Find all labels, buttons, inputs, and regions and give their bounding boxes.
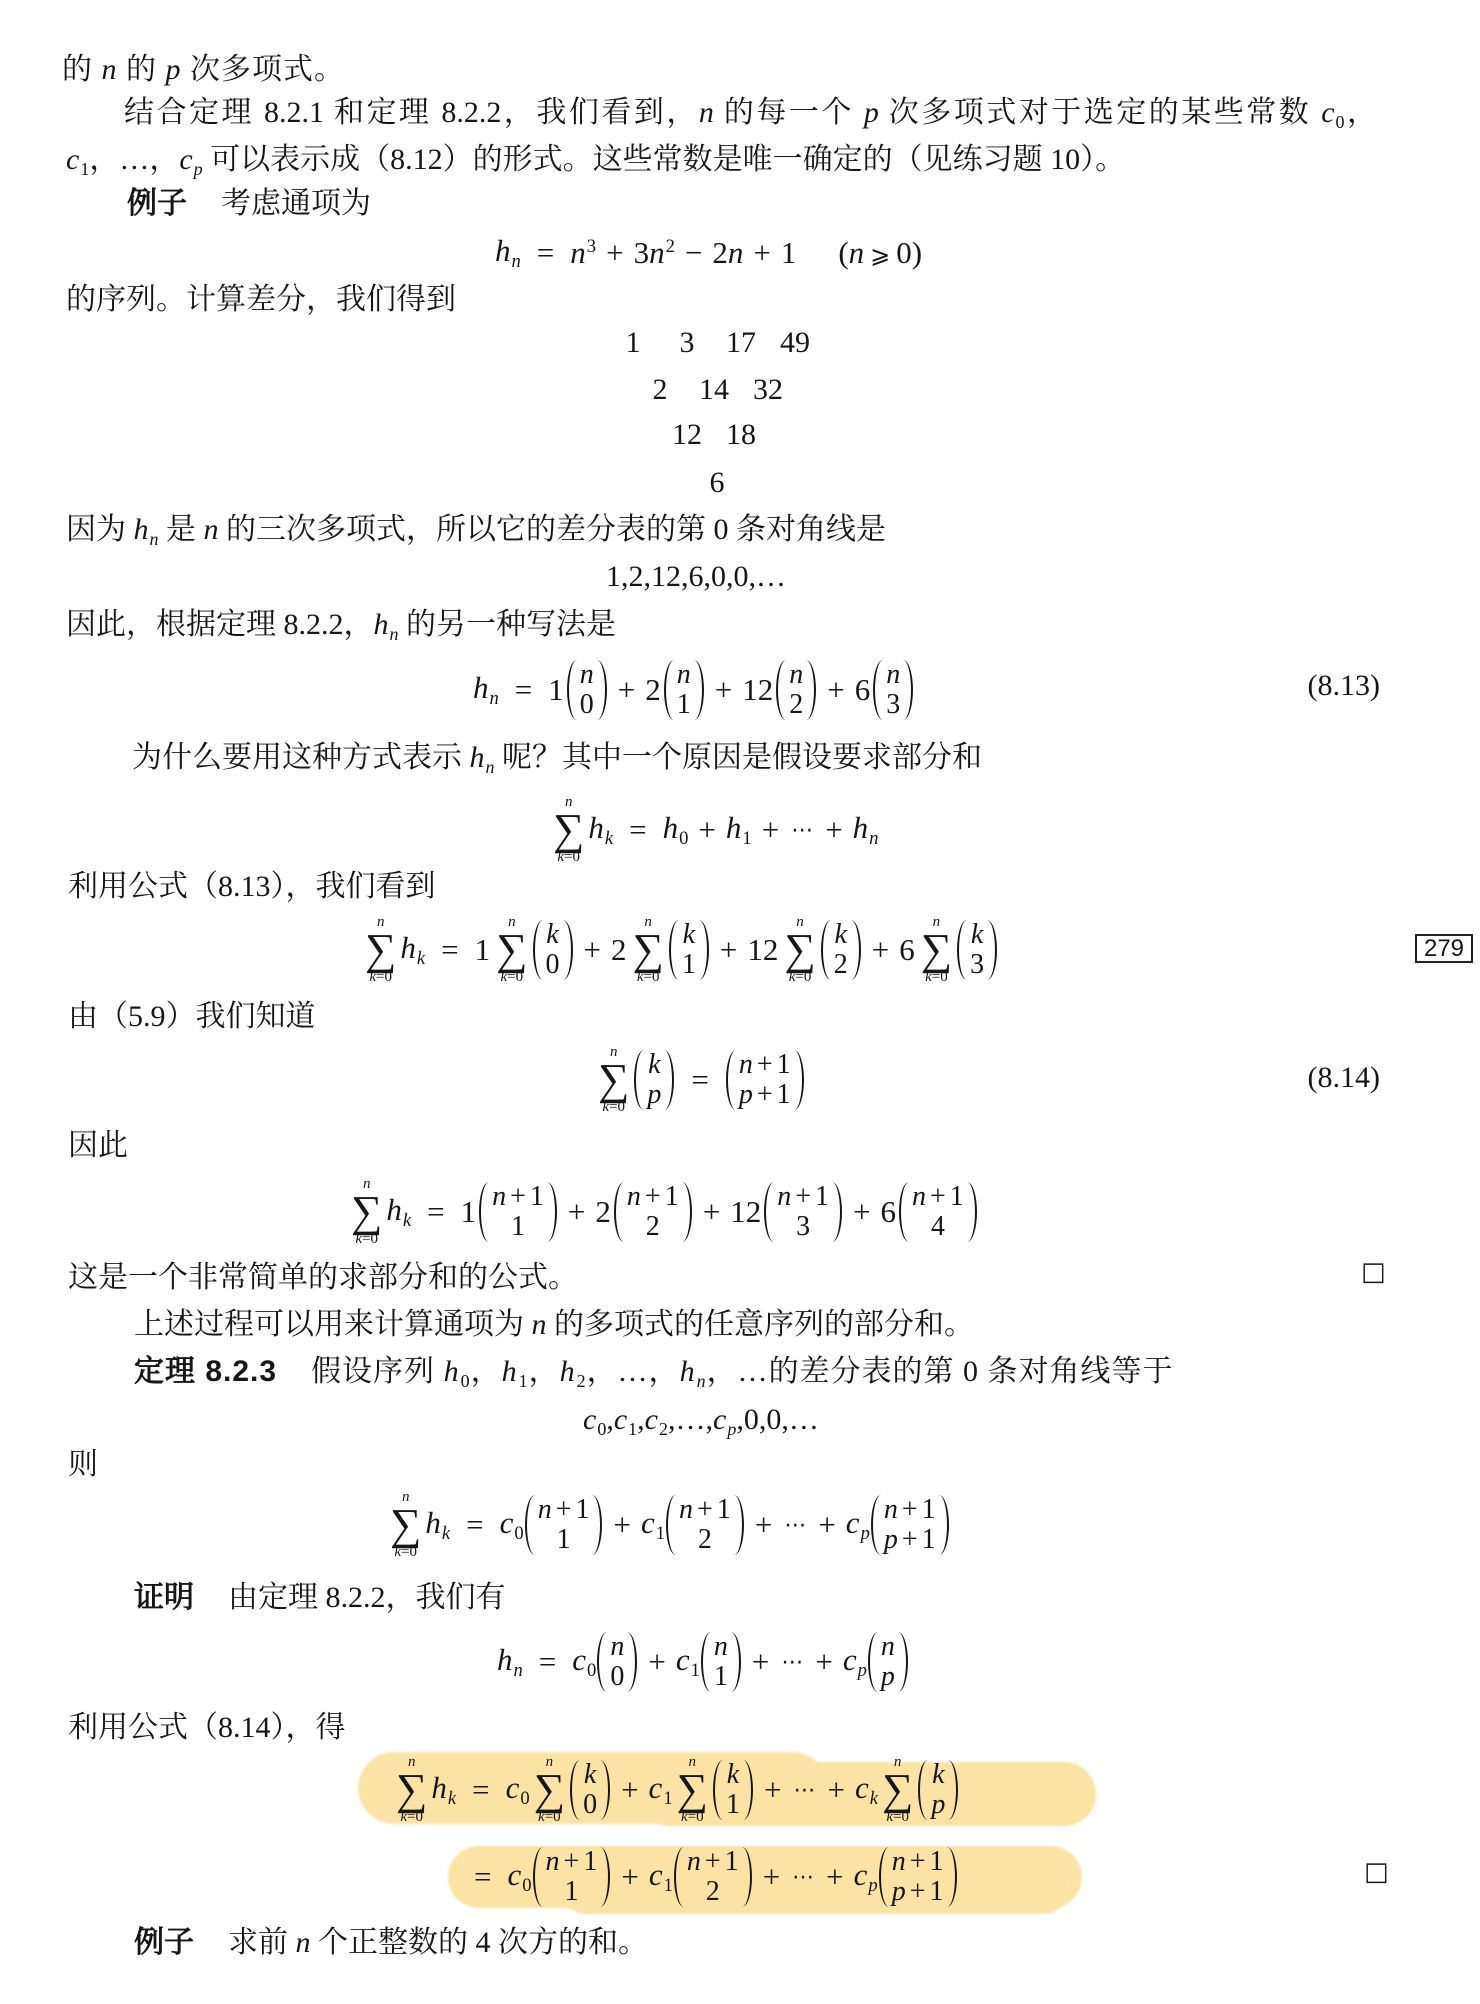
var-n: n xyxy=(532,1308,547,1341)
text-line: 则 xyxy=(68,1445,98,1485)
coefficient: cp xyxy=(846,1505,870,1546)
var: n xyxy=(546,1846,560,1877)
subscripted-var: hk xyxy=(386,1192,411,1233)
text: 3 xyxy=(796,1211,810,1242)
binomial-bottom: p+1 xyxy=(892,1877,944,1907)
var: h xyxy=(386,1192,402,1227)
difference-table-row-2: 12 18 xyxy=(660,415,768,455)
theorem-diagonal: c0,c1,c2,…,cp,0,0,… xyxy=(583,1400,819,1449)
left-paren xyxy=(614,1182,624,1242)
right-paren xyxy=(794,1050,804,1110)
right-paren xyxy=(967,1182,977,1242)
text: 由（5.9）我们知道 xyxy=(68,1000,316,1033)
var: c xyxy=(614,1403,627,1436)
binomial-top: n xyxy=(714,1632,728,1662)
text: 次多项式对于选定的某些常数 xyxy=(879,96,1321,129)
binomial: n+1p+1 xyxy=(726,1047,804,1113)
text: 呢？其中一个原因是假设要求部分和 xyxy=(495,741,983,774)
power-term: 3n2 xyxy=(634,235,675,271)
sum-lower-limit: k=0 xyxy=(637,970,660,985)
text-line: 利用公式（8.14），得 xyxy=(68,1708,346,1748)
binomial-top: n xyxy=(789,660,803,690)
coefficient: c1 xyxy=(649,1857,673,1898)
cdots: ⋯ xyxy=(784,1513,806,1538)
var: k xyxy=(971,919,983,950)
left-paren xyxy=(634,1050,644,1110)
var: p xyxy=(892,1876,906,1907)
paragraph-line: c1，…，cp 可以表示成（8.12）的形式。这些常数是唯一确定的（见练习题 1… xyxy=(66,140,1125,189)
plus-operator: + xyxy=(568,1194,585,1230)
var-c: c xyxy=(179,143,192,176)
theorem-label: 定理 8.2.3 xyxy=(134,1355,277,1388)
plus-operator: + xyxy=(752,1644,769,1680)
right-paren xyxy=(948,1760,958,1820)
binomial: n+13 xyxy=(764,1179,842,1245)
left-paren xyxy=(764,1182,774,1242)
binomial-bottom: 1 xyxy=(682,950,696,980)
sum-lower-limit: k=0 xyxy=(789,970,812,985)
subscript: 0 xyxy=(520,1788,529,1809)
binomial-stack: n+1p+1 xyxy=(736,1050,794,1110)
equals-sign: = xyxy=(537,235,554,271)
plus-operator: + xyxy=(825,812,842,848)
formula-general-term: hn = n3 + 3n2 − 2n + 1 (n⩾0) xyxy=(495,213,922,293)
subscript: 0 xyxy=(514,1523,523,1544)
var: k xyxy=(546,919,558,950)
text: 求前 xyxy=(228,1926,296,1959)
text: 结合定理 8.2.1 和定理 8.2.2，我们看到， xyxy=(124,96,699,129)
binomial-top: n+1 xyxy=(627,1182,679,1212)
coefficient: 3 xyxy=(634,235,650,270)
table-cell: 18 xyxy=(714,415,768,455)
var: n xyxy=(649,235,665,270)
text: 1 xyxy=(677,689,691,720)
separator: ,0,0,… xyxy=(736,1403,819,1436)
plus-operator: + xyxy=(827,1772,844,1808)
index-start: =0 xyxy=(376,969,392,985)
plus-operator: + xyxy=(703,1194,720,1230)
equation-number: (8.14) xyxy=(1308,1058,1380,1098)
right-paren xyxy=(600,1760,610,1820)
constant-term: 1 xyxy=(781,235,797,271)
var: c xyxy=(645,1403,658,1436)
plus-operator: + xyxy=(621,1772,638,1808)
var: n xyxy=(912,1181,926,1212)
index-start: =0 xyxy=(564,849,580,865)
left-paren xyxy=(776,660,786,720)
right-paren xyxy=(832,1182,842,1242)
summation: n∑k=0 xyxy=(351,1177,382,1247)
subscript: n xyxy=(514,1660,523,1681)
binomial-stack: n+11 xyxy=(543,1847,601,1907)
text: 的每一个 xyxy=(714,96,864,129)
var-n: n xyxy=(699,96,714,129)
coefficient: 2 xyxy=(611,932,627,968)
coefficient: 1 xyxy=(548,672,564,708)
var: h xyxy=(473,670,489,705)
binomial-bottom: 2 xyxy=(706,1877,720,1907)
var: h xyxy=(400,930,416,965)
binomial-stack: n+11 xyxy=(535,1495,593,1555)
text: ，…， xyxy=(89,143,179,176)
binomial: n+11 xyxy=(525,1492,603,1558)
binomial-top: n+1 xyxy=(912,1182,964,1212)
equals-sign: = xyxy=(515,672,532,708)
binomial-stack: n1 xyxy=(711,1632,731,1692)
example-label: 例子 xyxy=(134,1926,194,1959)
text: 4 xyxy=(931,1211,945,1242)
subscript: 1 xyxy=(628,1419,637,1439)
example-label: 例子 xyxy=(127,187,187,220)
text: +1 xyxy=(910,1846,948,1877)
text: 2 xyxy=(646,1211,660,1242)
var: n xyxy=(728,235,744,270)
text: 因此 xyxy=(68,1129,128,1162)
paragraph-line: 上述过程可以用来计算通项为 n 的多项式的任意序列的部分和。 xyxy=(134,1305,974,1345)
difference-table-row-1: 2 14 32 xyxy=(633,370,795,410)
sigma-symbol: ∑ xyxy=(390,1505,421,1545)
proof-heading: 证明由定理 8.2.2，我们有 xyxy=(134,1578,506,1618)
separator: ， xyxy=(471,1355,502,1388)
binomial-top: n+1 xyxy=(777,1182,829,1212)
right-paren xyxy=(734,1495,744,1555)
plus-operator: + xyxy=(698,812,715,848)
var: c xyxy=(507,1857,521,1892)
plus-operator: + xyxy=(827,672,844,708)
var: c xyxy=(676,1642,690,1677)
subscript: n xyxy=(869,828,878,849)
binomial: n1 xyxy=(701,1629,741,1695)
subscript: 1 xyxy=(663,1788,672,1809)
var-h: h xyxy=(470,741,485,774)
example-heading: 例子求前 n 个正整数的 4 次方的和。 xyxy=(134,1923,648,1963)
plus-operator: + xyxy=(648,1644,665,1680)
binomial-top: n xyxy=(677,660,691,690)
binomial-top: n xyxy=(886,660,900,690)
coefficient: c1 xyxy=(676,1642,700,1683)
table-cell: 17 xyxy=(714,323,768,363)
coefficient: ck xyxy=(855,1770,878,1811)
left-paren xyxy=(957,920,967,980)
var: n xyxy=(570,235,586,270)
text: +1 xyxy=(564,1846,602,1877)
coefficient: 12 xyxy=(747,932,778,968)
binomial-stack: n+1p+1 xyxy=(881,1495,939,1555)
coefficient: c1 xyxy=(649,1770,673,1811)
text: +1 xyxy=(930,1181,968,1212)
binomial-bottom: 0 xyxy=(583,1790,597,1820)
binomial-bottom: 2 xyxy=(646,1212,660,1242)
coefficient: 12 xyxy=(730,1194,761,1230)
plus-operator: + xyxy=(762,812,779,848)
left-paren xyxy=(664,660,674,720)
coefficient: c0 xyxy=(507,1857,531,1898)
subscript: 0 xyxy=(597,1419,606,1439)
text: +1 xyxy=(510,1181,548,1212)
index-start: =0 xyxy=(507,969,523,985)
var: n xyxy=(627,1181,641,1212)
text-line: 的序列。计算差分，我们得到 xyxy=(66,280,456,320)
binomial: kp xyxy=(634,1047,674,1113)
binomial-bottom: 2 xyxy=(789,690,803,720)
right-paren xyxy=(694,660,704,720)
subscript: p xyxy=(868,1875,877,1896)
binomial-top: k xyxy=(584,1760,596,1790)
subscript: 0 xyxy=(1336,112,1345,132)
separator: ，… xyxy=(707,1355,769,1388)
left-paren xyxy=(666,1495,676,1555)
page-number-marker: 279 xyxy=(1415,934,1473,963)
text: 个正整数的 4 次方的和。 xyxy=(311,1926,649,1959)
binomial-stack: n0 xyxy=(607,1632,627,1692)
coefficient: 12 xyxy=(742,672,773,708)
right-paren xyxy=(947,1847,957,1907)
var: h xyxy=(495,233,511,268)
left-paren xyxy=(726,1050,736,1110)
binomial-stack: n+12 xyxy=(684,1847,742,1907)
binomial: kp xyxy=(918,1757,958,1823)
condition: (n⩾0) xyxy=(838,235,922,271)
right-paren xyxy=(851,920,861,980)
var: p xyxy=(739,1079,753,1110)
right-paren xyxy=(743,1760,753,1820)
summation: n∑k=0 xyxy=(534,1755,565,1825)
binomial-stack: kp xyxy=(644,1050,664,1110)
binomial-stack: k2 xyxy=(831,920,851,980)
text: +1 xyxy=(556,1494,594,1525)
binomial-bottom: 1 xyxy=(714,1662,728,1692)
subscript: n xyxy=(512,251,521,272)
binomial-bottom: 1 xyxy=(677,690,691,720)
sigma-symbol: ∑ xyxy=(784,930,815,970)
var-p: p xyxy=(864,96,879,129)
formula-sum-expansion: n∑k=0 hk = 1 n∑k=0 k0 + 2 n∑k=0 k1 + 12 … xyxy=(361,910,998,990)
left-paren xyxy=(871,1495,881,1555)
left-paren xyxy=(821,920,831,980)
binomial: n+12 xyxy=(666,1492,744,1558)
binomial: n+1p+1 xyxy=(879,1844,957,1910)
binomial: k3 xyxy=(957,917,997,983)
binomial-top: n+1 xyxy=(546,1847,598,1877)
subscript: k xyxy=(403,1210,411,1231)
coefficient: 1 xyxy=(461,1194,477,1230)
var: h xyxy=(431,1770,447,1805)
text: 的三次多项式，所以它的差分表的第 0 条对角线是 xyxy=(219,513,887,546)
text: +1 xyxy=(795,1181,833,1212)
text: 的 xyxy=(118,53,166,86)
coefficient: 2 xyxy=(595,1194,611,1230)
minus-operator: − xyxy=(685,235,702,271)
binomial-bottom: p xyxy=(881,1662,895,1692)
sum-lower-limit: k=0 xyxy=(394,1545,417,1560)
formula-partial-sum: n∑k=0 hk = h0 + h1 + ⋯ + hn xyxy=(549,790,878,870)
right-paren xyxy=(939,1495,949,1555)
subscript: 2 xyxy=(659,1419,668,1439)
table-cell: 32 xyxy=(741,370,795,410)
summation: n∑k=0 xyxy=(921,915,952,985)
binomial-bottom: 0 xyxy=(580,690,594,720)
theorem-statement: 定理 8.2.3假设序列 h0，h1，h2，…，hn，…的差分表的第 0 条对角… xyxy=(134,1352,1174,1401)
left-paren xyxy=(479,1182,489,1242)
binomial-stack: n+12 xyxy=(624,1182,682,1242)
var: c xyxy=(506,1770,520,1805)
binomial: n+1p+1 xyxy=(871,1492,949,1558)
binomial-stack: n2 xyxy=(786,660,806,720)
var: p xyxy=(647,1079,661,1110)
left-paren xyxy=(525,1495,535,1555)
summation: n∑k=0 xyxy=(784,915,815,985)
binomial: n+12 xyxy=(614,1179,692,1245)
index-start: =0 xyxy=(688,1809,704,1825)
plus-operator: + xyxy=(584,932,601,968)
var: p xyxy=(881,1661,895,1692)
text: 1 xyxy=(682,949,696,980)
binomial-stack: k1 xyxy=(679,920,699,980)
text: +1 xyxy=(902,1494,940,1525)
sigma-symbol: ∑ xyxy=(534,1770,565,1810)
binomial: k1 xyxy=(669,917,709,983)
binomial-bottom: 4 xyxy=(931,1212,945,1242)
theorem-formula: n∑k=0 hk = c0 n+11 + c1 n+12 + ⋯ + cp n+… xyxy=(386,1485,950,1565)
binomial-stack: n+13 xyxy=(774,1182,832,1242)
binomial-stack: k0 xyxy=(580,1760,600,1820)
paren: ( xyxy=(838,235,848,270)
right-paren xyxy=(600,1847,610,1907)
text: ， xyxy=(1345,96,1378,129)
sum-lower-limit: k=0 xyxy=(681,1810,704,1825)
subscript: 1 xyxy=(519,1371,529,1391)
var: n xyxy=(789,659,803,690)
text: 的 xyxy=(62,53,102,86)
sigma-symbol: ∑ xyxy=(632,930,663,970)
difference-table-row-0: 1 3 17 49 xyxy=(606,323,822,363)
binomial-bottom: p+1 xyxy=(739,1080,791,1110)
subscript: p xyxy=(194,159,203,179)
binomial-top: n+1 xyxy=(492,1182,544,1212)
text: +1 xyxy=(910,1876,948,1907)
right-paren xyxy=(898,1632,908,1692)
text: 假设序列 xyxy=(311,1355,444,1388)
subscripted-var: hk xyxy=(431,1770,456,1811)
text: +1 xyxy=(757,1079,795,1110)
equals-sign: = xyxy=(427,1194,444,1230)
table-cell: 14 xyxy=(687,370,741,410)
subscript: p xyxy=(727,1419,736,1439)
cdots: ⋯ xyxy=(792,1865,814,1890)
separator: , xyxy=(637,1403,645,1436)
text-line: 因此，根据定理 8.2.2，hn 的另一种写法是 xyxy=(66,605,616,654)
left-paren xyxy=(570,1760,580,1820)
var: n xyxy=(849,235,865,270)
sum-lower-limit: k=0 xyxy=(557,850,580,865)
subscript: n xyxy=(697,1371,707,1391)
coefficient: c0 xyxy=(572,1642,596,1683)
coefficient: 2 xyxy=(712,235,728,270)
separator: , xyxy=(606,1403,614,1436)
qed-symbol: □ xyxy=(1361,1259,1386,1285)
binomial: k0 xyxy=(533,917,573,983)
coefficient: 6 xyxy=(899,932,915,968)
subscript: 1 xyxy=(656,1523,665,1544)
binomial-top: n+1 xyxy=(687,1847,739,1877)
text: 2 xyxy=(706,1876,720,1907)
subscript: 2 xyxy=(577,1371,587,1391)
text: 次多项式。 xyxy=(182,53,346,86)
left-paren xyxy=(873,660,883,720)
var: k xyxy=(648,1049,660,1080)
text: 0 xyxy=(546,949,560,980)
binomial: k1 xyxy=(713,1757,753,1823)
var: k xyxy=(932,1759,944,1790)
binomial-stack: n1 xyxy=(674,660,694,720)
binomial-stack: n0 xyxy=(577,660,597,720)
var: n xyxy=(739,1049,753,1080)
plus-operator: + xyxy=(764,1772,781,1808)
index-start: =0 xyxy=(893,1809,909,1825)
cdots: ⋯ xyxy=(781,1650,803,1675)
sum-lower-limit: k=0 xyxy=(369,970,392,985)
var: c xyxy=(572,1642,586,1677)
var: h xyxy=(560,1355,576,1388)
binomial-top: n xyxy=(881,1632,895,1662)
text: 考虑通项为 xyxy=(221,187,371,220)
plus-operator: + xyxy=(618,672,635,708)
right-paren xyxy=(742,1847,752,1907)
text: 0 xyxy=(610,1661,624,1692)
sigma-symbol: ∑ xyxy=(882,1770,913,1810)
sigma-symbol: ∑ xyxy=(351,1192,382,1232)
qed-symbol: □ xyxy=(1364,1859,1389,1885)
binomial-top: n+1 xyxy=(538,1495,590,1525)
equation-8-14: n∑k=0 kp = n+1p+1 xyxy=(594,1040,805,1120)
binomial-bottom: 3 xyxy=(970,950,984,980)
subscript: n xyxy=(486,757,495,777)
right-paren xyxy=(597,660,607,720)
subscripted-var: hn xyxy=(495,233,521,274)
highlighted-formula-line-1: n∑k=0 hk = c0 n∑k=0 k0 + c1 n∑k=0 k1 + ⋯… xyxy=(392,1750,959,1830)
left-paren xyxy=(879,1847,889,1907)
paragraph-line: 结合定理 8.2.1 和定理 8.2.2，我们看到，n 的每一个 p 次多项式对… xyxy=(124,93,1377,142)
plus-operator: + xyxy=(818,1507,835,1543)
equals-sign: = xyxy=(691,1062,708,1098)
proof-formula: hn = c0 n0 + c1 n1 + ⋯ + cp np xyxy=(497,1622,909,1702)
coefficient: 6 xyxy=(855,672,871,708)
var: h xyxy=(425,1505,441,1540)
var: n xyxy=(886,659,900,690)
var: c xyxy=(641,1505,655,1540)
var: h xyxy=(663,810,679,845)
sigma-symbol: ∑ xyxy=(677,1770,708,1810)
var-p: p xyxy=(166,53,182,86)
coefficient: c1 xyxy=(641,1505,665,1546)
text: 3 xyxy=(970,949,984,980)
example-heading: 例子考虑通项为 xyxy=(127,184,371,224)
binomial: n3 xyxy=(873,657,913,723)
diagonal-values: 1,2,12,6,0,0,… xyxy=(606,557,786,597)
equals-sign: = xyxy=(539,1644,556,1680)
equals-sign: = xyxy=(474,1859,491,1895)
text: 2 xyxy=(834,949,848,980)
text: 2 xyxy=(698,1524,712,1555)
plus-operator: + xyxy=(872,932,889,968)
sum-lower-limit: k=0 xyxy=(400,1810,423,1825)
summation: n∑k=0 xyxy=(632,915,663,985)
text-line: 利用公式（8.13），我们看到 xyxy=(68,867,436,907)
sum-lower-limit: k=0 xyxy=(500,970,523,985)
var: c xyxy=(500,1505,514,1540)
subscripted-var: hk xyxy=(400,930,425,971)
sigma-symbol: ∑ xyxy=(496,930,527,970)
